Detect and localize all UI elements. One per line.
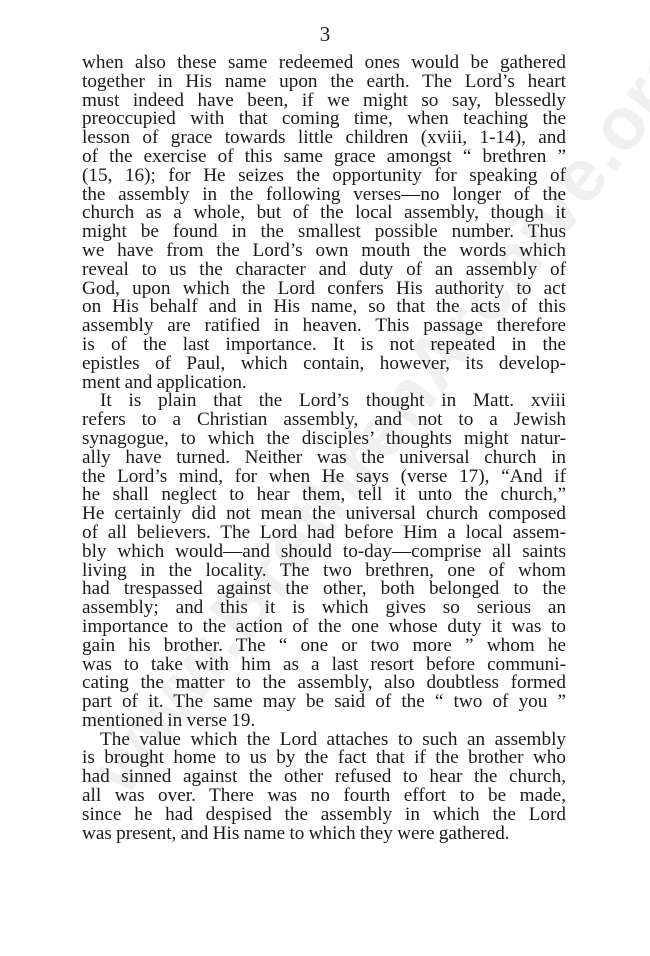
text-line: synagogue, to which the disciples’ thoug… bbox=[82, 430, 566, 449]
text-line: when also these same redeemed ones would… bbox=[82, 54, 566, 73]
text-line: importance to the action of the one whos… bbox=[82, 618, 566, 637]
paragraph-1: when also these same redeemed ones would… bbox=[82, 54, 566, 392]
text-line: bly which would—and should to-day—compri… bbox=[82, 543, 566, 562]
page-number: 3 bbox=[0, 22, 650, 46]
text-line: of all believers. The Lord had before Hi… bbox=[82, 524, 566, 543]
text-line: we have from the Lord’s own mouth the wo… bbox=[82, 242, 566, 261]
text-line: together in His name upon the earth. The… bbox=[82, 73, 566, 92]
text-line: is of the last importance. It is not rep… bbox=[82, 336, 566, 355]
text-line: gain his brother. The “ one or two more … bbox=[82, 637, 566, 656]
text-line: (15, 16); for He seizes the opportunity … bbox=[82, 167, 566, 186]
paragraph-3: The value which the Lord attaches to suc… bbox=[82, 731, 566, 844]
text-line: mentioned in verse 19. bbox=[82, 712, 566, 731]
text-line: epistles of Paul, which contain, however… bbox=[82, 355, 566, 374]
text-line: of the exercise of this same grace among… bbox=[82, 148, 566, 167]
text-line: ally have turned. Neither was the univer… bbox=[82, 449, 566, 468]
text-line: was present, and His name to which they … bbox=[82, 825, 566, 844]
body-text: when also these same redeemed ones would… bbox=[82, 54, 566, 843]
paragraph-2: It is plain that the Lord’s thought in M… bbox=[82, 392, 566, 730]
text-line: reveal to us the character and duty of a… bbox=[82, 261, 566, 280]
text-line: since he had despised the assembly in wh… bbox=[82, 806, 566, 825]
